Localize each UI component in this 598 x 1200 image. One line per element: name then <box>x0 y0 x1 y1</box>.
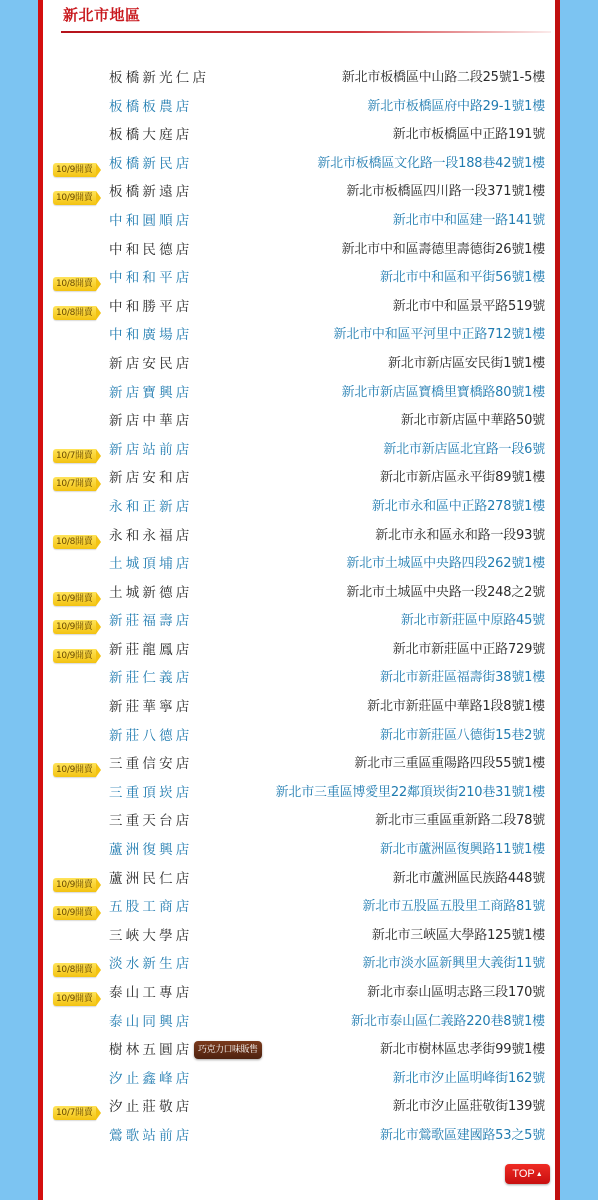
store-row: 汐止鑫峰店新北市汐止區明峰街162號 <box>43 1065 555 1094</box>
store-name-link[interactable]: 板橋板農店 <box>109 98 193 116</box>
open-date-label: 10/8開賣 <box>53 535 96 549</box>
store-name-link[interactable]: 新店中華店 <box>109 412 193 430</box>
store-address: 新北市中和區建一路141號 <box>393 212 545 230</box>
open-date-label: 10/7開賣 <box>53 1106 96 1120</box>
store-address: 新北市新店區安民街1號1樓 <box>388 355 545 373</box>
store-row: 三重天台店新北市三重區重新路二段78號 <box>43 807 555 836</box>
store-address: 新北市板橋區府中路29-1號1樓 <box>367 98 545 116</box>
store-name-link[interactable]: 汐止鑫峰店 <box>109 1070 193 1088</box>
store-name-link[interactable]: 新莊仁義店 <box>109 669 193 687</box>
store-address: 新北市板橋區中山路二段25號1-5樓 <box>342 69 545 87</box>
store-name-link[interactable]: 蘆洲復興店 <box>109 841 193 859</box>
open-date-badge: 10/8開賣 <box>53 529 96 543</box>
store-row: 土城頂埔店新北市土城區中央路四段262號1樓 <box>43 550 555 579</box>
store-row: 新店中華店新北市新店區中華路50號 <box>43 407 555 436</box>
store-address: 新北市三峽區大學路125號1樓 <box>372 927 545 945</box>
store-address: 新北市永和區中正路278號1樓 <box>372 498 545 516</box>
arrow-up-icon: ▲ <box>536 1171 543 1178</box>
open-date-badge: 10/8開賣 <box>53 271 96 285</box>
store-address: 新北市新莊區中正路729號 <box>393 641 545 659</box>
store-name-link[interactable]: 淡水新生店 <box>109 955 193 973</box>
open-date-badge: 10/7開賣 <box>53 471 96 485</box>
store-address: 新北市新莊區中華路1段8號1樓 <box>367 698 545 716</box>
open-date-label: 10/9開賣 <box>53 763 96 777</box>
store-row: 10/9開賣蘆洲民仁店新北市蘆洲區民族路448號 <box>43 865 555 894</box>
store-address: 新北市新店區永平街89號1樓 <box>380 469 545 487</box>
store-name-link[interactable]: 三重頂崁店 <box>109 784 193 802</box>
open-date-badge: 10/7開賣 <box>53 443 96 457</box>
top-label: TOP <box>512 1168 534 1180</box>
store-row: 新莊八德店新北市新莊區八德街15巷2號 <box>43 722 555 751</box>
store-list: 板橋新光仁店新北市板橋區中山路二段25號1-5樓板橋板農店新北市板橋區府中路29… <box>43 64 555 1151</box>
store-row: 蘆洲復興店新北市蘆洲區復興路11號1樓 <box>43 836 555 865</box>
open-date-label: 10/9開賣 <box>53 906 96 920</box>
store-name-link[interactable]: 泰山同興店 <box>109 1013 193 1031</box>
store-name-link[interactable]: 新店站前店 <box>109 441 193 459</box>
store-name-link[interactable]: 中和民德店 <box>109 241 193 259</box>
store-row: 泰山同興店新北市泰山區仁義路220巷8號1樓 <box>43 1008 555 1037</box>
open-date-label: 10/9開賣 <box>53 163 96 177</box>
store-name-link[interactable]: 三重信安店 <box>109 755 193 773</box>
store-row: 10/7開賣汐止莊敬店新北市汐止區莊敬街139號 <box>43 1093 555 1122</box>
store-row: 中和圓順店新北市中和區建一路141號 <box>43 207 555 236</box>
open-date-badge: 10/9開賣 <box>53 157 96 171</box>
open-date-badge: 10/9開賣 <box>53 586 96 600</box>
store-name-link[interactable]: 板橋新光仁店 <box>109 69 209 87</box>
title-divider <box>61 31 551 33</box>
store-address: 新北市新莊區中原路45號 <box>401 612 545 630</box>
store-name-link[interactable]: 汐止莊敬店 <box>109 1098 193 1116</box>
open-date-badge: 10/9開賣 <box>53 986 96 1000</box>
store-name-link[interactable]: 中和圓順店 <box>109 212 193 230</box>
store-row: 鶯歌站前店新北市鶯歌區建國路53之5號 <box>43 1122 555 1151</box>
store-address: 新北市蘆洲區復興路11號1樓 <box>380 841 545 859</box>
store-row: 板橋大庭店新北市板橋區中正路191號 <box>43 121 555 150</box>
store-row: 新店寶興店新北市新店區寶橋里寶橋路80號1樓 <box>43 379 555 408</box>
store-name-link[interactable]: 樹林五圓店 <box>109 1041 193 1059</box>
store-address: 新北市中和區壽德里壽德街26號1樓 <box>342 241 545 259</box>
store-address: 新北市土城區中央路四段262號1樓 <box>346 555 545 573</box>
store-name-link[interactable]: 泰山工專店 <box>109 984 193 1002</box>
store-row: 中和民德店新北市中和區壽德里壽德街26號1樓 <box>43 236 555 265</box>
left-background <box>0 0 38 1200</box>
store-address: 新北市三重區重新路二段78號 <box>375 812 545 830</box>
store-row: 10/7開賣新店站前店新北市新店區北宜路一段6號 <box>43 436 555 465</box>
store-row: 永和正新店新北市永和區中正路278號1樓 <box>43 493 555 522</box>
open-date-label: 10/8開賣 <box>53 306 96 320</box>
store-row: 板橋新光仁店新北市板橋區中山路二段25號1-5樓 <box>43 64 555 93</box>
open-date-badge: 10/7開賣 <box>53 1100 96 1114</box>
store-address: 新北市中和區和平街56號1樓 <box>380 269 545 287</box>
store-name-link[interactable]: 新店寶興店 <box>109 384 193 402</box>
store-name-link[interactable]: 新店安民店 <box>109 355 193 373</box>
store-address: 新北市新店區中華路50號 <box>401 412 545 430</box>
open-date-badge: 10/9開賣 <box>53 757 96 771</box>
store-address: 新北市五股區五股里工商路81號 <box>362 898 545 916</box>
open-date-label: 10/7開賣 <box>53 477 96 491</box>
store-row: 10/8開賣永和永福店新北市永和區永和路一段93號 <box>43 522 555 551</box>
store-name-link[interactable]: 板橋新遠店 <box>109 183 193 201</box>
store-name-link[interactable]: 新莊福壽店 <box>109 612 193 630</box>
store-row: 10/7開賣新店安和店新北市新店區永平街89號1樓 <box>43 464 555 493</box>
open-date-label: 10/7開賣 <box>53 449 96 463</box>
store-address: 新北市板橋區中正路191號 <box>393 126 545 144</box>
store-name-link[interactable]: 板橋大庭店 <box>109 126 193 144</box>
store-row: 10/9開賣三重信安店新北市三重區重陽路四段55號1樓 <box>43 750 555 779</box>
store-address: 新北市泰山區明志路三段170號 <box>367 984 545 1002</box>
store-name-link[interactable]: 鶯歌站前店 <box>109 1127 193 1145</box>
store-name-link[interactable]: 中和和平店 <box>109 269 193 287</box>
store-list-panel: 新北市地區 板橋新光仁店新北市板橋區中山路二段25號1-5樓板橋板農店新北市板橋… <box>38 0 560 1200</box>
promo-badge: 巧克力口味販售 <box>194 1041 262 1059</box>
open-date-label: 10/9開賣 <box>53 620 96 634</box>
store-address: 新北市新莊區福壽街38號1樓 <box>380 669 545 687</box>
store-row: 10/9開賣五股工商店新北市五股區五股里工商路81號 <box>43 893 555 922</box>
open-date-badge: 10/9開賣 <box>53 643 96 657</box>
store-name-link[interactable]: 三峽大學店 <box>109 927 193 945</box>
store-row: 中和廣場店新北市中和區平河里中正路712號1樓 <box>43 321 555 350</box>
store-address: 新北市淡水區新興里大義街11號 <box>362 955 545 973</box>
open-date-badge: 10/8開賣 <box>53 300 96 314</box>
section-title: 新北市地區 <box>63 4 141 26</box>
store-name-link[interactable]: 五股工商店 <box>109 898 193 916</box>
open-date-label: 10/8開賣 <box>53 277 96 291</box>
store-row: 10/9開賣板橋新遠店新北市板橋區四川路一段371號1樓 <box>43 178 555 207</box>
store-row: 10/8開賣中和勝平店新北市中和區景平路519號 <box>43 293 555 322</box>
open-date-label: 10/9開賣 <box>53 592 96 606</box>
store-name-link[interactable]: 新莊龍鳳店 <box>109 641 193 659</box>
store-address: 新北市鶯歌區建國路53之5號 <box>380 1127 545 1145</box>
store-address: 新北市汐止區明峰街162號 <box>393 1070 545 1088</box>
open-date-badge: 10/9開賣 <box>53 614 96 628</box>
store-name-link[interactable]: 中和勝平店 <box>109 298 193 316</box>
open-date-label: 10/9開賣 <box>53 649 96 663</box>
store-row: 10/9開賣土城新德店新北市土城區中央路一段248之2號 <box>43 579 555 608</box>
store-address: 新北市中和區平河里中正路712號1樓 <box>334 326 545 344</box>
store-name-link[interactable]: 新店安和店 <box>109 469 193 487</box>
store-address: 新北市土城區中央路一段248之2號 <box>346 584 545 602</box>
open-date-label: 10/9開賣 <box>53 191 96 205</box>
open-date-label: 10/9開賣 <box>53 992 96 1006</box>
store-row: 10/9開賣新莊福壽店新北市新莊區中原路45號 <box>43 607 555 636</box>
store-row: 10/8開賣淡水新生店新北市淡水區新興里大義街11號 <box>43 950 555 979</box>
store-address: 新北市板橋區四川路一段371號1樓 <box>346 183 545 201</box>
store-name-link[interactable]: 新莊八德店 <box>109 727 193 745</box>
store-row: 新店安民店新北市新店區安民街1號1樓 <box>43 350 555 379</box>
right-background <box>560 0 598 1200</box>
store-row: 三重頂崁店新北市三重區博愛里22鄰頂崁街210巷31號1樓 <box>43 779 555 808</box>
store-name-link[interactable]: 永和永福店 <box>109 527 193 545</box>
open-date-badge: 10/9開賣 <box>53 185 96 199</box>
store-address: 新北市三重區重陽路四段55號1樓 <box>354 755 545 773</box>
store-row: 樹林五圓店巧克力口味販售新北市樹林區忠孝街99號1樓 <box>43 1036 555 1065</box>
store-address: 新北市永和區永和路一段93號 <box>375 527 545 545</box>
store-row: 三峽大學店新北市三峽區大學路125號1樓 <box>43 922 555 951</box>
store-address: 新北市蘆洲區民族路448號 <box>393 870 545 888</box>
store-row: 新莊華寧店新北市新莊區中華路1段8號1樓 <box>43 693 555 722</box>
store-row: 10/9開賣泰山工專店新北市泰山區明志路三段170號 <box>43 979 555 1008</box>
open-date-badge: 10/9開賣 <box>53 872 96 886</box>
store-row: 10/8開賣中和和平店新北市中和區和平街56號1樓 <box>43 264 555 293</box>
store-row: 10/9開賣板橋新民店新北市板橋區文化路一段188巷42號1樓 <box>43 150 555 179</box>
store-address: 新北市中和區景平路519號 <box>393 298 545 316</box>
store-address: 新北市新店區寶橋里寶橋路80號1樓 <box>342 384 545 402</box>
store-address: 新北市樹林區忠孝街99號1樓 <box>380 1041 545 1059</box>
store-address: 新北市新莊區八德街15巷2號 <box>380 727 545 745</box>
open-date-label: 10/9開賣 <box>53 878 96 892</box>
store-name-link[interactable]: 永和正新店 <box>109 498 193 516</box>
open-date-label: 10/8開賣 <box>53 963 96 977</box>
open-date-badge: 10/9開賣 <box>53 900 96 914</box>
store-address: 新北市三重區博愛里22鄰頂崁街210巷31號1樓 <box>276 784 545 802</box>
store-name-link[interactable]: 板橋新民店 <box>109 155 193 173</box>
store-name-link[interactable]: 土城新德店 <box>109 584 193 602</box>
store-row: 10/9開賣新莊龍鳳店新北市新莊區中正路729號 <box>43 636 555 665</box>
back-to-top-button[interactable]: TOP▲ <box>505 1164 550 1184</box>
open-date-badge: 10/8開賣 <box>53 957 96 971</box>
store-name-link[interactable]: 蘆洲民仁店 <box>109 870 193 888</box>
store-row: 板橋板農店新北市板橋區府中路29-1號1樓 <box>43 93 555 122</box>
store-name-link[interactable]: 三重天台店 <box>109 812 193 830</box>
store-address: 新北市汐止區莊敬街139號 <box>393 1098 545 1116</box>
store-name-link[interactable]: 土城頂埔店 <box>109 555 193 573</box>
store-address: 新北市泰山區仁義路220巷8號1樓 <box>351 1013 545 1031</box>
store-address: 新北市新店區北宜路一段6號 <box>383 441 545 459</box>
store-address: 新北市板橋區文化路一段188巷42號1樓 <box>317 155 545 173</box>
store-name-link[interactable]: 中和廣場店 <box>109 326 193 344</box>
store-name-link[interactable]: 新莊華寧店 <box>109 698 193 716</box>
store-row: 新莊仁義店新北市新莊區福壽街38號1樓 <box>43 664 555 693</box>
